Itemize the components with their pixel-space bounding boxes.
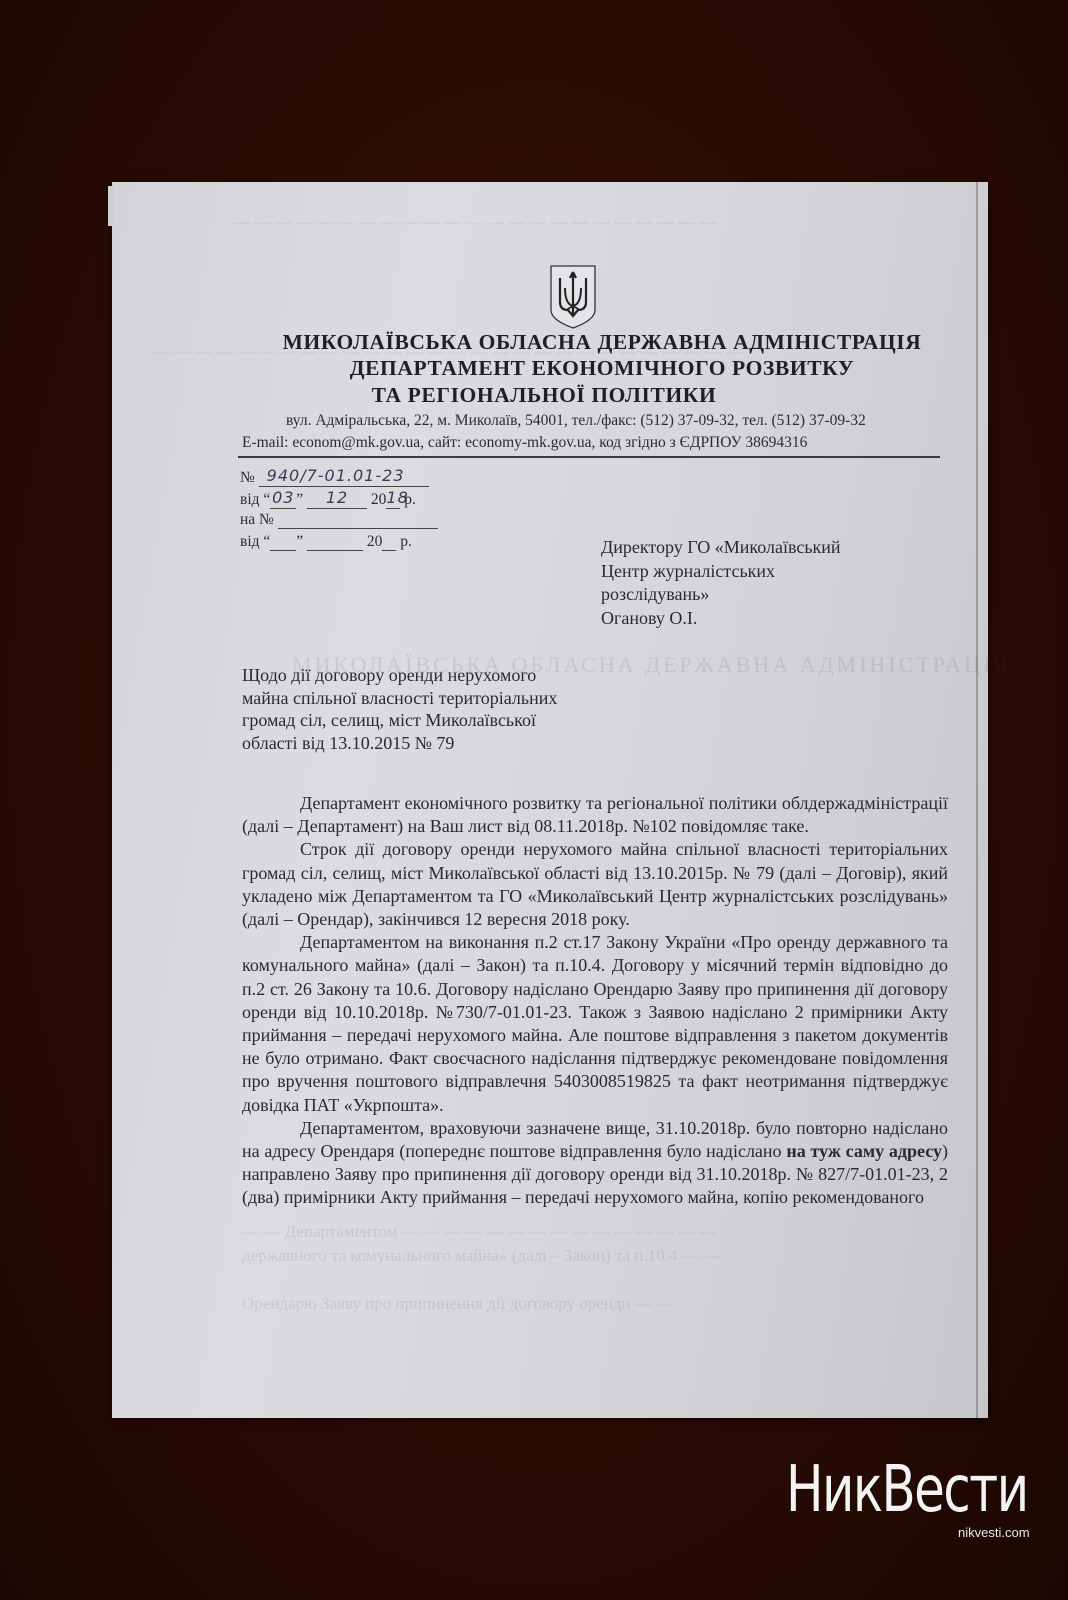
- letterhead-department: ДЕПАРТАМЕНТ ЕКОНОМІЧНОГО РОЗВИТКУ: [164, 356, 1040, 381]
- outgoing-number-value: 940/7-01.01-23: [267, 466, 405, 485]
- outgoing-number-field: 940/7-01.01-23: [259, 466, 429, 487]
- reply-date-row: від “ ” 20 р.: [240, 532, 412, 551]
- subject-block: Щодо дії договору оренди нерухомого майн…: [242, 664, 557, 754]
- letterhead-department-cont: ТА РЕГІОНАЛЬНОЇ ПОЛІТИКИ: [106, 383, 982, 408]
- recipient-line: Центр журналістських: [601, 560, 841, 584]
- outgoing-number-row: № 940/7-01.01-23: [240, 466, 429, 487]
- reply-year-field: [382, 532, 396, 551]
- watermark-url: nikvesti.com: [958, 1525, 1030, 1540]
- reply-month-field: [307, 532, 363, 551]
- watermark-logo: НикВести nikvesti.com: [786, 1455, 1046, 1555]
- reply-year-unit: р.: [400, 533, 412, 550]
- subject-line: Щодо дії договору оренди нерухомого: [242, 664, 557, 687]
- date-year-field: 18: [386, 488, 400, 509]
- watermark-brand: НикВести: [786, 1455, 1028, 1525]
- recipient-name: Оганову О.І.: [601, 607, 841, 631]
- recipient-line: Директору ГО «Миколаївський: [601, 536, 841, 560]
- bleed-through-text: — — Департаментом — — — — — — — — — — — …: [242, 1222, 716, 1242]
- recipient-block: Директору ГО «Миколаївський Центр журнал…: [601, 536, 841, 630]
- bleed-through-text: — — — — — — — — — — — — — — — — — — — — …: [232, 212, 717, 232]
- coat-of-arms-icon: [548, 264, 598, 330]
- body-paragraph: Департаментом на виконання п.2 ст.17 Зак…: [242, 931, 948, 1117]
- year-unit: р.: [404, 491, 416, 508]
- date-month-field: 12: [307, 488, 367, 509]
- recipient-line: розслідувань»: [601, 583, 841, 607]
- subject-line: громад сіл, селищ, міст Миколаївської: [242, 709, 557, 732]
- outgoing-date-row: від “03” 12 2018 р.: [240, 488, 416, 509]
- letterhead-organization: МИКОЛАЇВСЬКА ОБЛАСНА ДЕРЖАВНА АДМІНІСТРА…: [164, 330, 1040, 355]
- bleed-through-text: державного та комунального майна» (далі …: [242, 1246, 720, 1266]
- letterhead-contacts: E-mail: econom@mk.gov.ua, сайт: economy-…: [242, 434, 807, 452]
- reply-year-prefix: 20: [367, 533, 383, 550]
- date-day-value: 03: [272, 488, 294, 507]
- letter-body: Департамент економічного розвитку та рег…: [242, 792, 948, 1210]
- body-paragraph: Департаментом, враховуючи зазначене вище…: [242, 1117, 948, 1210]
- letterhead-divider: [238, 456, 940, 458]
- reply-day-field: [270, 532, 296, 551]
- date-month-value: 12: [326, 488, 348, 507]
- subject-line: області від 13.10.2015 № 79: [242, 732, 557, 755]
- reply-number-row: на №: [240, 510, 438, 529]
- body-paragraph: Департамент економічного розвитку та рег…: [242, 792, 948, 838]
- subject-line: майна спільної власності територіальних: [242, 687, 557, 710]
- number-label: №: [240, 469, 255, 486]
- reply-number-label: на №: [240, 511, 274, 528]
- date-year-prefix: 20: [371, 491, 387, 508]
- letter-page: — — — — — — — — — — — — — — — — — — — — …: [112, 182, 988, 1418]
- body-paragraph: Строк дії договору оренди нерухомого май…: [242, 838, 948, 931]
- letterhead-address: вул. Адміральська, 22, м. Миколаїв, 5400…: [286, 412, 866, 430]
- date-label: від: [240, 491, 260, 508]
- body-emphasis: на туж саму адресу: [786, 1141, 942, 1161]
- date-day-field: 03: [270, 488, 296, 509]
- reply-number-field: [278, 510, 438, 529]
- bleed-through-text: Орендарю Заяву про припинення дії догово…: [242, 1294, 673, 1314]
- reply-date-label: від: [240, 533, 260, 550]
